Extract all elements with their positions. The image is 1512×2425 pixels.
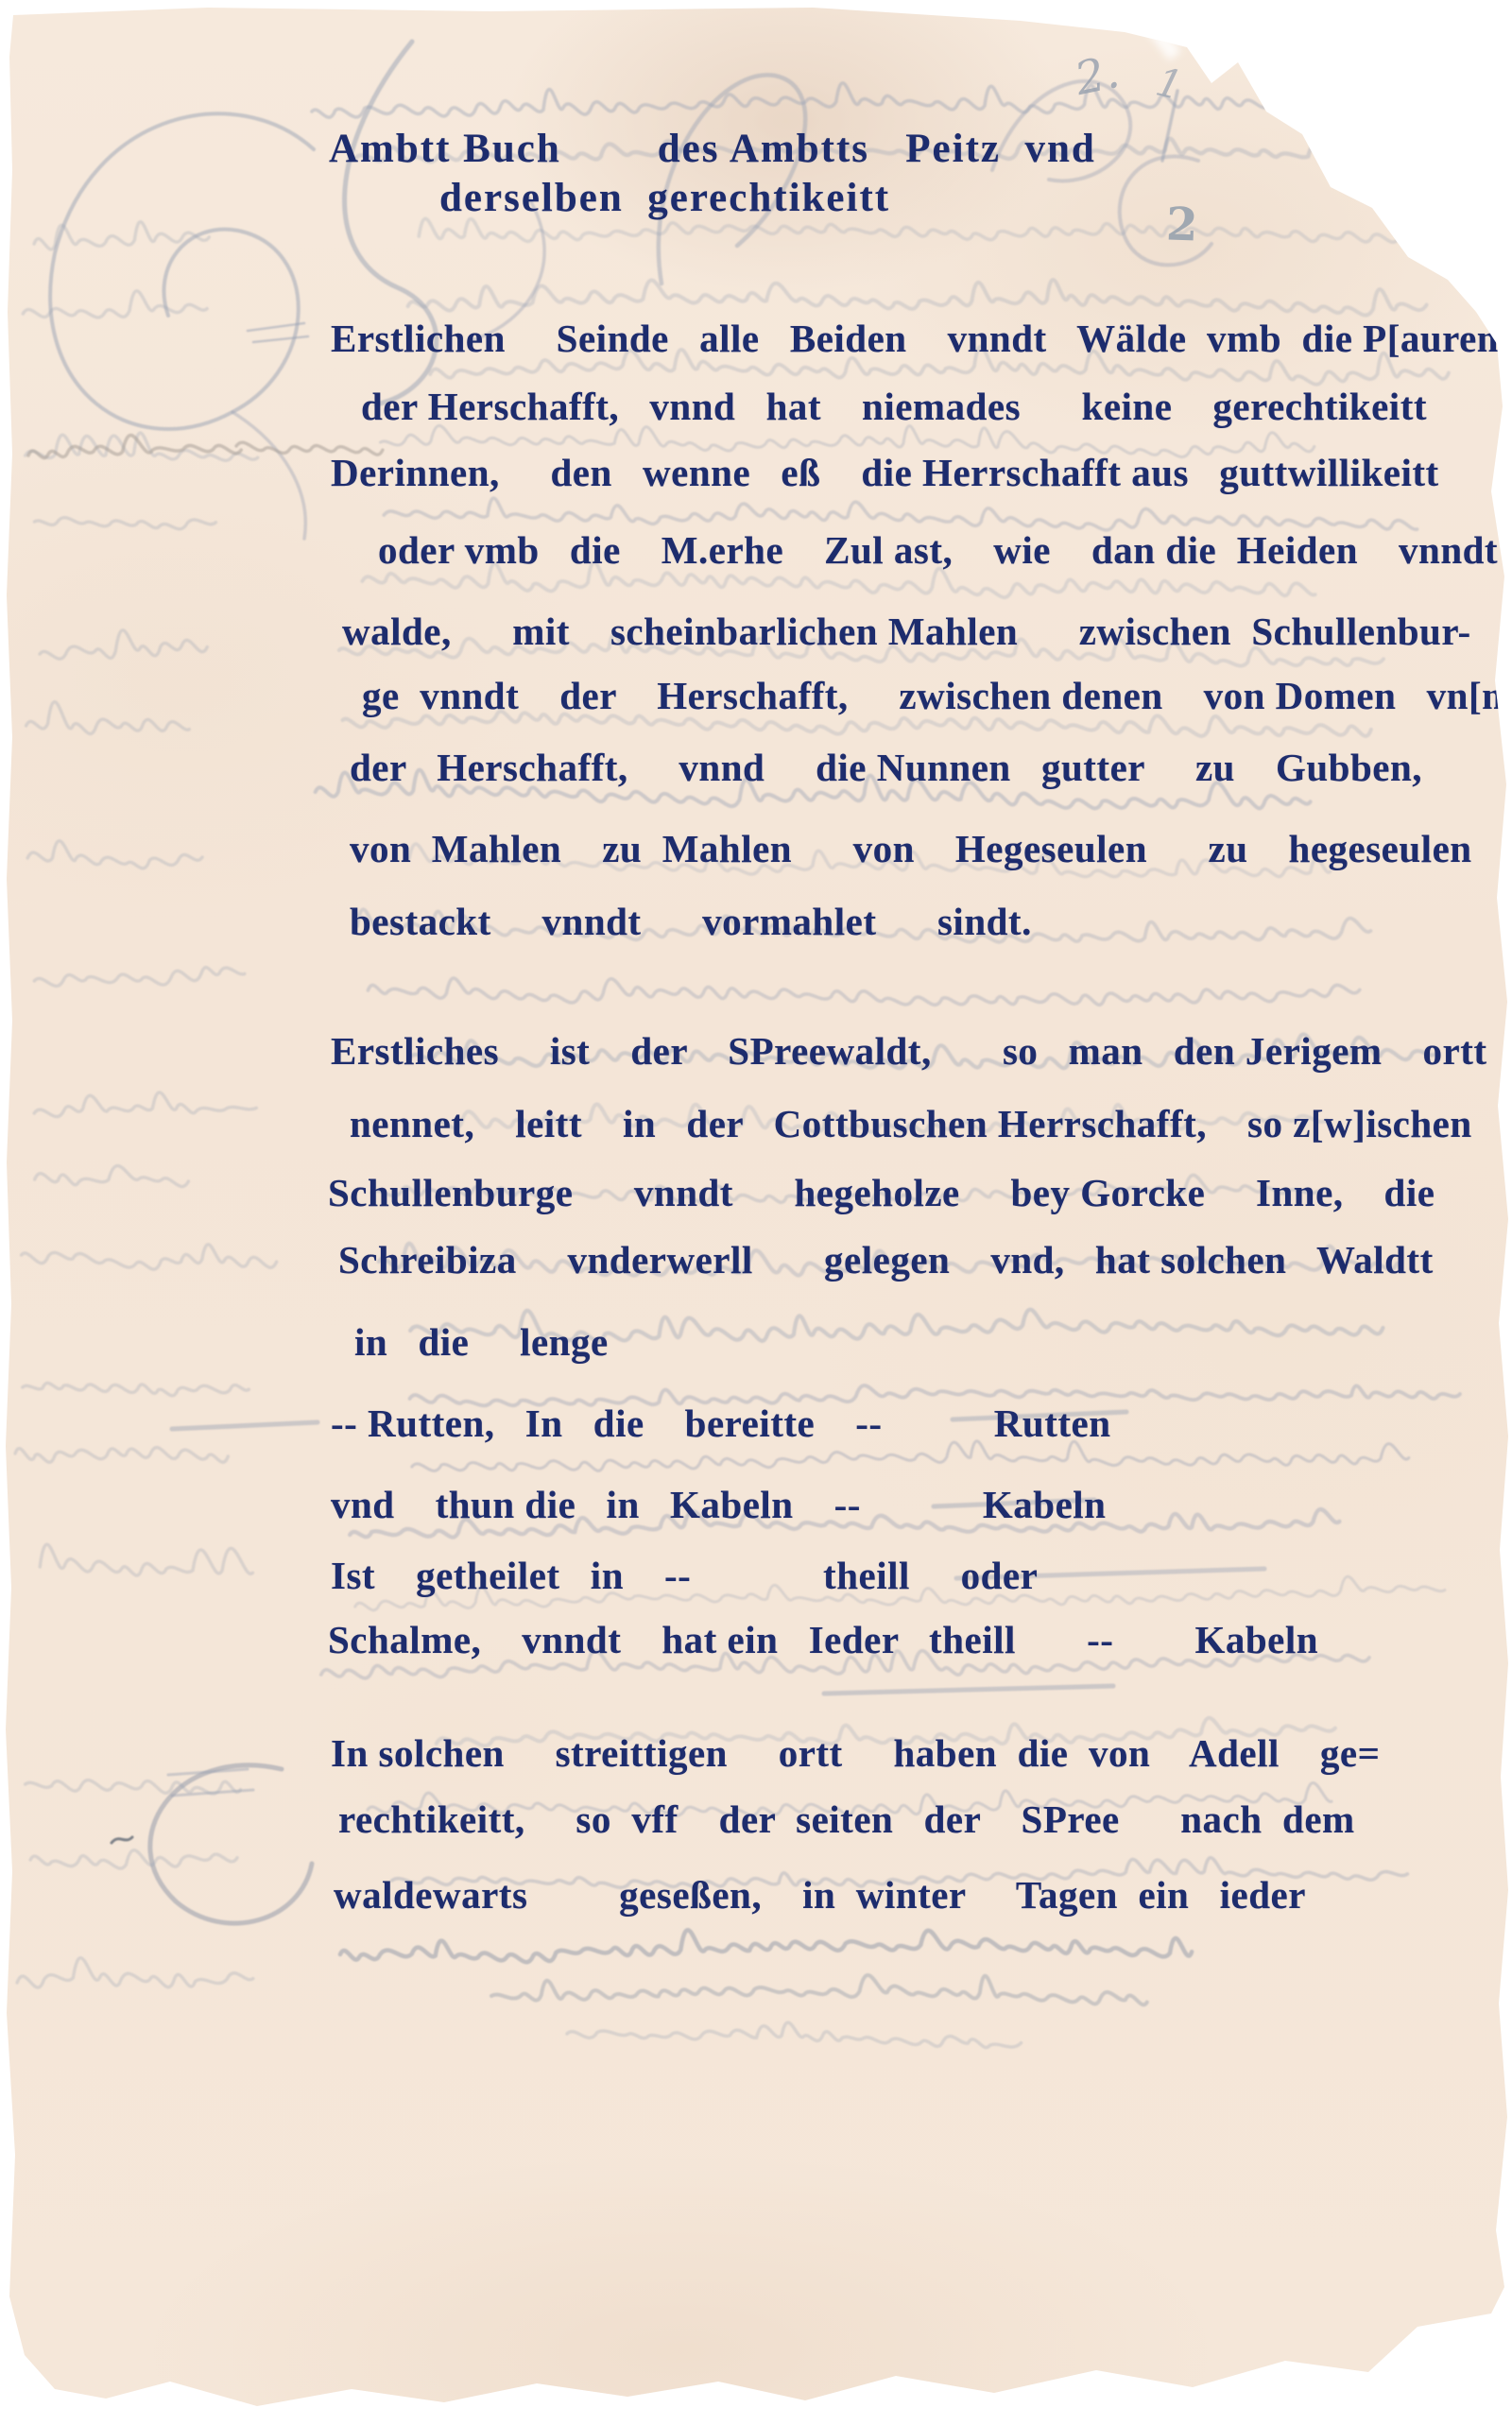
folio-page-number: 2 xyxy=(1165,198,1198,251)
handwriting-stroke xyxy=(17,1958,253,1987)
transcription-line: -- Rutten, In die bereitte -- Rutten xyxy=(331,1402,1111,1445)
handwriting-stroke xyxy=(15,1448,228,1463)
scanned-manuscript-page: 2. 1 2 Ambtt Buch des Ambtts Peitz vnd d… xyxy=(0,0,1512,2425)
title-line-2: derselben gerechtikeitt xyxy=(439,176,890,220)
paper-sheet: 2. 1 2 Ambtt Buch des Ambtts Peitz vnd d… xyxy=(0,0,1512,2425)
long-dash-1 xyxy=(172,1422,318,1429)
long-dash-5 xyxy=(824,1686,1113,1694)
transcription-line: der Herschafft, vnnd hat niemades keine … xyxy=(361,386,1427,428)
handwriting-stroke xyxy=(567,2022,1022,2047)
handwriting-stroke xyxy=(35,1166,189,1187)
small-dark-mark xyxy=(112,1837,132,1843)
transcription-line: Schalme, vnndt hat ein Ieder theill -- K… xyxy=(328,1619,1318,1661)
transcription-line: rechtikeitt, so vff der seiten der SPree… xyxy=(338,1798,1355,1841)
handwriting-stroke xyxy=(419,218,1397,242)
transcription-line: bestackt vnndt vormahlet sindt. xyxy=(350,901,1032,943)
handwriting-stroke xyxy=(408,280,1427,316)
transcription-line: der Herschafft, vnnd die Nunnen gutter z… xyxy=(350,747,1422,789)
transcription-line: vnd thun die in Kabeln -- Kabeln xyxy=(331,1484,1106,1526)
transcription-line: Erstlichen Seinde alle Beiden vnndt Wäld… xyxy=(331,318,1512,360)
handwriting-stroke xyxy=(40,630,207,659)
handwriting-stroke xyxy=(412,1441,1409,1470)
handwriting-stroke xyxy=(22,1245,277,1269)
handwriting-stroke xyxy=(30,1850,237,1868)
transcription-line: Ist getheilet in -- theill oder xyxy=(331,1555,1038,1597)
handwriting-stroke xyxy=(491,1975,1147,2004)
transcription-line: Schreibiza vnderwerll gelegen vnd, hat s… xyxy=(338,1239,1434,1281)
transcription-line: Erstliches ist der SPreewaldt, so man de… xyxy=(331,1030,1487,1073)
transcription-line: von Mahlen zu Mahlen von Hegeseulen zu h… xyxy=(350,828,1472,870)
handwriting-stroke xyxy=(40,1544,252,1575)
transcription-line: ge vnndt der Herschafft, zwischen denen … xyxy=(362,675,1512,717)
handwriting-stroke xyxy=(34,968,244,987)
transcription-line: Derinnen, den wenne eß die Herrschafft a… xyxy=(331,452,1439,494)
transcription-line: in die lenge xyxy=(354,1321,609,1364)
handwriting-stroke xyxy=(340,1930,1192,1962)
transcription-line: oder vmb die M.erhe Zul ast, wie dan die… xyxy=(378,529,1498,572)
handwriting-stroke xyxy=(368,978,1359,1005)
handwriting-stroke xyxy=(26,1780,241,1795)
hatch-mark xyxy=(248,323,308,342)
transcription-line: In solchen streittigen ortt haben die vo… xyxy=(331,1732,1380,1775)
flourish-large-loop xyxy=(50,113,314,429)
flourish-loop-tail xyxy=(232,412,305,539)
transcription-line: waldewarts geseßen, in winter Tagen ein … xyxy=(334,1874,1306,1917)
transcription-line: nennet, leitt in der Cottbuschen Herrsch… xyxy=(350,1103,1472,1145)
handwriting-stroke xyxy=(27,841,202,869)
handwriting-stroke xyxy=(23,1383,249,1395)
handwriting-stroke xyxy=(26,702,190,734)
transcription-line: walde, mit scheinbarlichen Mahlen zwisch… xyxy=(342,611,1471,653)
handwriting-stroke xyxy=(34,518,215,529)
transcription-line: Schullenburge vnndt hegeholze bey Gorcke… xyxy=(328,1172,1435,1214)
handwriting-stroke xyxy=(312,83,1429,117)
handwriting-stroke xyxy=(34,1092,256,1117)
handwriting-stroke xyxy=(384,498,1417,530)
title-line-1: Ambtt Buch des Ambtts Peitz vnd xyxy=(329,127,1096,171)
